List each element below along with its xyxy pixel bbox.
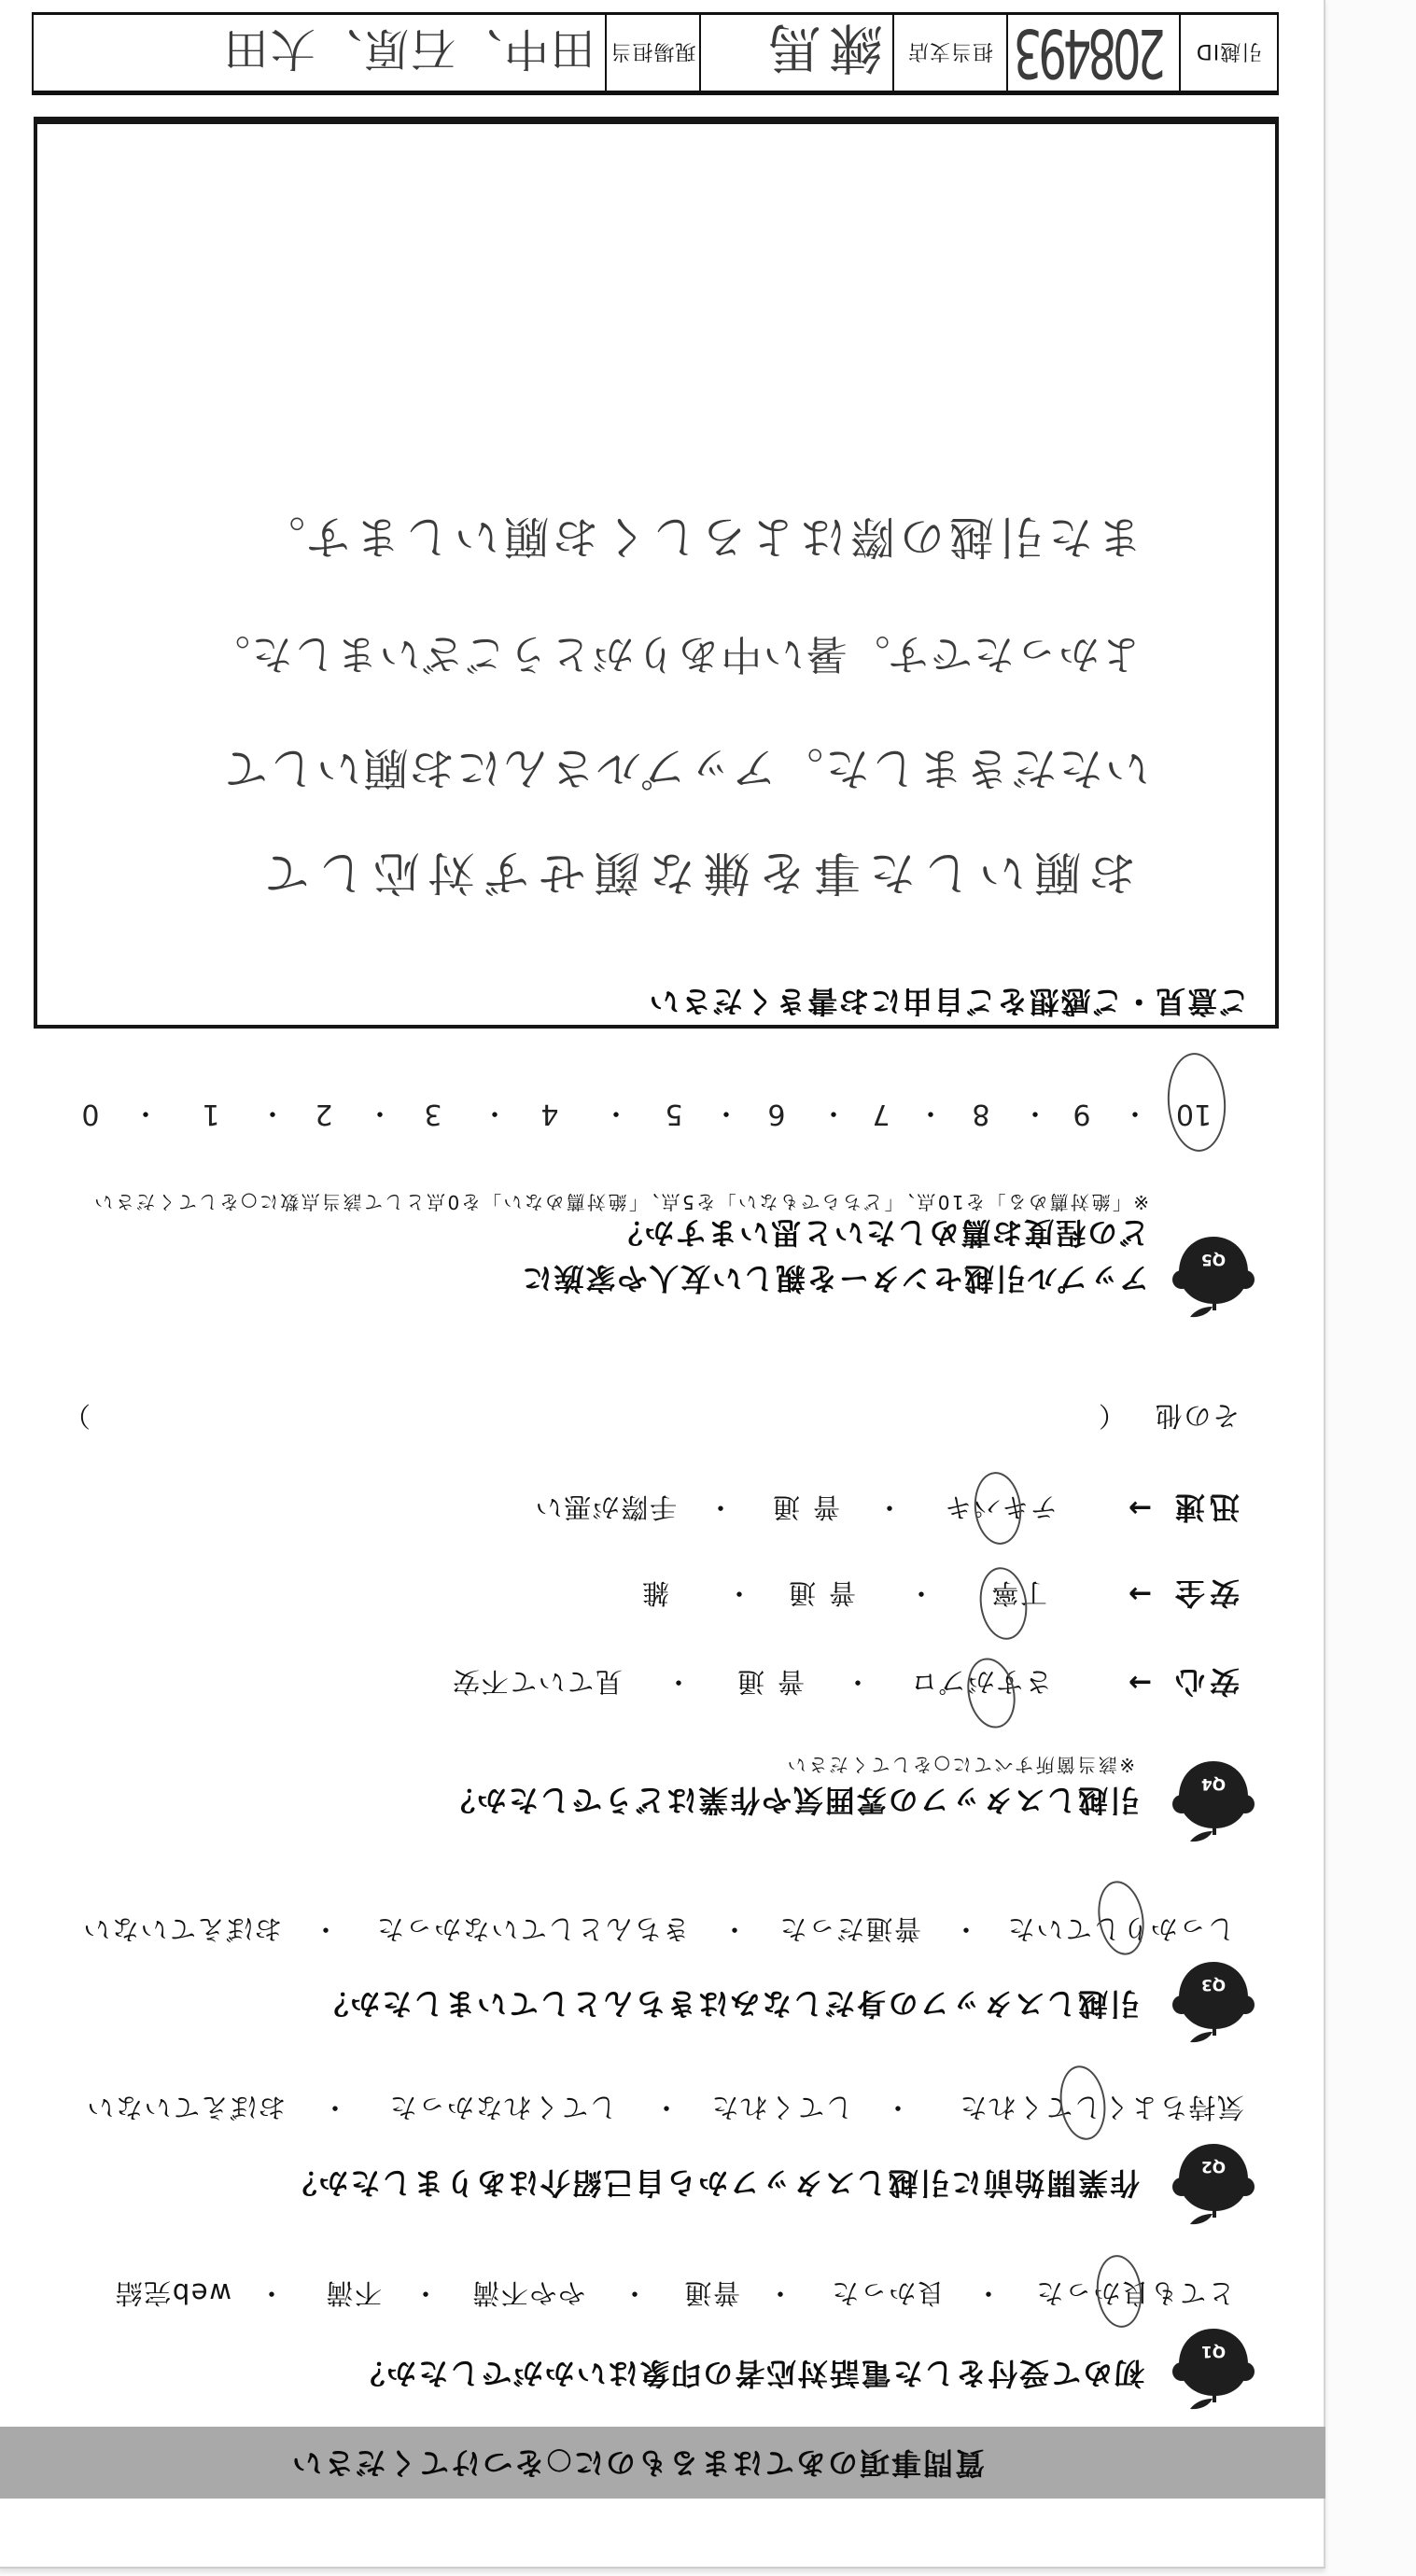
separator: ・ bbox=[621, 2277, 649, 2309]
scale-value: 0 bbox=[63, 1098, 119, 1129]
q1-option: 普通 bbox=[683, 2277, 740, 2309]
separator: ・ bbox=[132, 1098, 160, 1129]
separator: ・ bbox=[712, 1098, 740, 1129]
q1-option: 良かった bbox=[831, 2277, 945, 2309]
q4-option: 普通 bbox=[776, 1577, 856, 1609]
apple-q1-icon: Q1 bbox=[1171, 2327, 1255, 2411]
q4-row-label-speed: 迅速 bbox=[1171, 1490, 1240, 1525]
move-id-cell: 208493 bbox=[1006, 15, 1179, 91]
apple-q3-icon: Q3 bbox=[1171, 1960, 1255, 2044]
q2-text: 作業開始前に引越しスタッフから自己紹介はありましたか？ bbox=[286, 2165, 1140, 2201]
separator: ・ bbox=[907, 1577, 935, 1609]
question-number: Q5 bbox=[1201, 1250, 1226, 1268]
handwritten-comment-line: いただきました。アップルさんにお願いして bbox=[221, 738, 1150, 798]
question-number: Q4 bbox=[1201, 1774, 1226, 1793]
separator: ・ bbox=[602, 1098, 630, 1129]
separator: ・ bbox=[876, 1491, 904, 1523]
separator: ・ bbox=[665, 1666, 693, 1698]
separator: ・ bbox=[258, 2277, 286, 2309]
branch-label: 担当支店 bbox=[892, 15, 1006, 91]
apple-q5-icon: Q5 bbox=[1171, 1235, 1255, 1319]
arrow-right-icon: → bbox=[1129, 1577, 1152, 1609]
separator: ・ bbox=[312, 1913, 340, 1945]
q4-note: ※該当箇所すべてに○をしてください bbox=[785, 1754, 1135, 1776]
separator: ・ bbox=[952, 1913, 980, 1945]
q1-option: 不満 bbox=[325, 2277, 382, 2309]
separator: ・ bbox=[917, 1098, 945, 1129]
q4-option: 見ていて不安 bbox=[451, 1666, 623, 1698]
handwritten-comment-line: お願いした事を嫌な顔せず対応して bbox=[255, 843, 1136, 903]
arrow-right-icon: → bbox=[1129, 1666, 1152, 1698]
question-number: Q1 bbox=[1201, 2342, 1226, 2360]
separator: ・ bbox=[766, 2277, 794, 2309]
apple-q2-icon: Q2 bbox=[1171, 2142, 1255, 2226]
separator: ・ bbox=[820, 1098, 848, 1129]
q1-option: やや不満 bbox=[471, 2277, 585, 2309]
q5-text-line-1: アップル引越センターを親しい友人や家族に bbox=[521, 1261, 1149, 1296]
scale-value: 7 bbox=[853, 1098, 909, 1129]
q3-option: きちんとしていなかった bbox=[375, 1913, 690, 1945]
q3-text: 引越しスタッフの身だしなみはきちんとしていましたか？ bbox=[317, 1986, 1140, 2022]
arrow-right-icon: → bbox=[1129, 1491, 1152, 1523]
scale-value: 1 bbox=[183, 1098, 239, 1129]
q4-other-close-paren: ） bbox=[62, 1400, 91, 1432]
scale-value: 3 bbox=[405, 1098, 461, 1129]
separator: ・ bbox=[1121, 1098, 1149, 1129]
separator: ・ bbox=[725, 1577, 753, 1609]
scanned-survey-page: 質問事項のあてはまるものに○をつけてください Q1 初めて受付をした電話対応者の… bbox=[0, 0, 1416, 2576]
field-staff-label: 現場担当 bbox=[605, 15, 699, 91]
branch-value: 練馬 bbox=[760, 15, 892, 91]
q2-option: してくれた bbox=[710, 2092, 853, 2123]
q4-other-open-paren: （ bbox=[1097, 1400, 1126, 1432]
separator: ・ bbox=[707, 1491, 735, 1523]
separator: ・ bbox=[259, 1098, 287, 1129]
q4-row-label-safety: 安全 bbox=[1171, 1575, 1240, 1611]
apple-q4-icon: Q4 bbox=[1171, 1759, 1255, 1843]
question-number: Q2 bbox=[1201, 2157, 1226, 2176]
separator: ・ bbox=[412, 2277, 440, 2309]
q4-other-label: その他 bbox=[1154, 1400, 1240, 1432]
separator: ・ bbox=[844, 1666, 872, 1698]
handwritten-comment-line: また引越の際はよろしくお願いします。 bbox=[256, 507, 1143, 567]
q1-text: 初めて受付をした電話対応者の印象はいかがでしたか？ bbox=[353, 2356, 1144, 2391]
scale-value: 9 bbox=[1054, 1098, 1110, 1129]
instruction-text: 質問事項のあてはまるものに○をつけてください bbox=[290, 2445, 985, 2481]
q2-option: してくれなかった bbox=[388, 2092, 617, 2123]
q4-text: 引越しスタッフの雰囲気や作業はどうでしたか？ bbox=[443, 1783, 1140, 1818]
separator: ・ bbox=[652, 2092, 680, 2123]
question-number: Q3 bbox=[1201, 1975, 1226, 1994]
separator: ・ bbox=[1021, 1098, 1049, 1129]
separator: ・ bbox=[884, 2092, 912, 2123]
move-id-value: 208493 bbox=[1017, 15, 1179, 91]
q2-option: おぼえていない bbox=[86, 2092, 286, 2123]
handwritten-comment-line: よかったです。暑い中ありがとうございました。 bbox=[207, 623, 1143, 683]
q3-option: 普通だった bbox=[778, 1913, 921, 1945]
separator: ・ bbox=[721, 1913, 749, 1945]
branch-cell: 練馬 bbox=[699, 15, 892, 91]
q1-option: web完結 bbox=[114, 2277, 231, 2309]
scale-value: 6 bbox=[749, 1098, 805, 1129]
q4-option: 普通 bbox=[724, 1666, 805, 1698]
field-staff-value: 田中、石原、大田 bbox=[222, 21, 605, 85]
q5-text-line-2: どの程度お薦めしたいと思いますか？ bbox=[611, 1215, 1149, 1251]
separator: ・ bbox=[321, 2092, 349, 2123]
q4-option: 雑 bbox=[640, 1577, 669, 1609]
separator: ・ bbox=[366, 1098, 394, 1129]
q4-row-label-safety-feeling: 安心 bbox=[1171, 1664, 1240, 1700]
separator: ・ bbox=[974, 2277, 1002, 2309]
field-staff-cell: 田中、石原、大田 bbox=[34, 15, 605, 91]
record-table: 引越ID 208493 担当支店 練馬 現場担当 田中、石原、大田 bbox=[32, 12, 1279, 95]
move-id-label: 引越ID bbox=[1179, 15, 1277, 91]
separator: ・ bbox=[481, 1098, 509, 1129]
scale-value: 4 bbox=[522, 1098, 578, 1129]
scale-value: 5 bbox=[646, 1098, 702, 1129]
q4-option: 手際が悪い bbox=[534, 1491, 677, 1523]
q3-option: おぼえていない bbox=[82, 1913, 282, 1945]
scale-value: 8 bbox=[953, 1098, 1009, 1129]
q5-note: ※「絶対薦める」を10点、「どちらでもない」を5点、「絶対薦めない」を0点として… bbox=[92, 1191, 1149, 1213]
comments-heading: ご意見・ご感想をご自由にお書きください bbox=[648, 984, 1249, 1019]
scale-value: 2 bbox=[296, 1098, 352, 1129]
q4-option: 普通 bbox=[760, 1491, 840, 1523]
